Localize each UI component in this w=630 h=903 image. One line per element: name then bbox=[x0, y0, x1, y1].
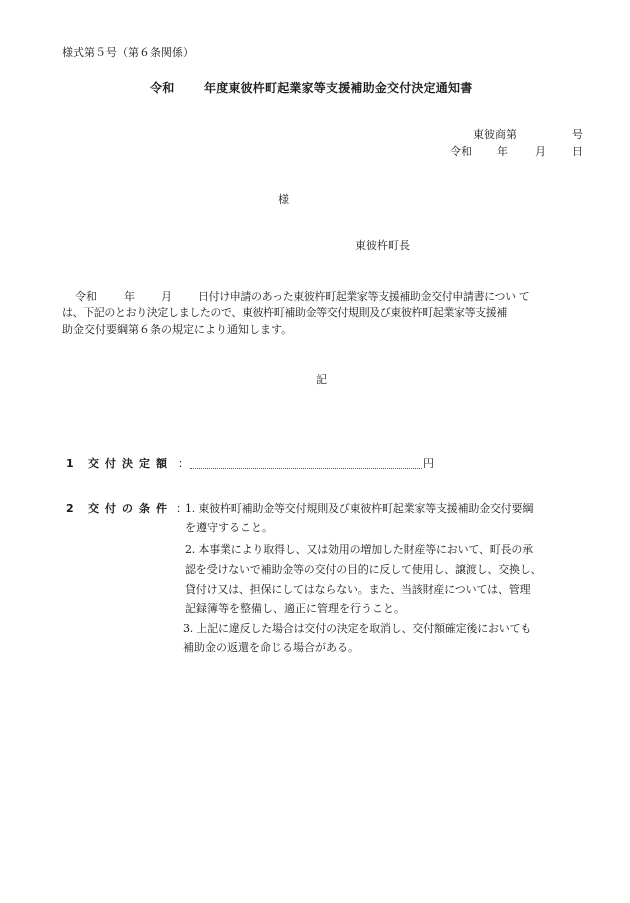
condition-line: 記録簿等を整備し、適正に管理を行うこと。 bbox=[185, 603, 405, 614]
item-1-colon: ： bbox=[178, 458, 189, 469]
reference-number-prefix: 東彼商第 bbox=[473, 129, 517, 140]
issuer: 東彼杵町長 bbox=[355, 240, 410, 251]
condition-line: 貸付け又は、担保にしてはならない。また、当該財産については、管理 bbox=[185, 584, 530, 595]
amount-field bbox=[190, 468, 422, 469]
date-month: 月 bbox=[535, 146, 546, 157]
form-label: 様式第５号（第６条関係） bbox=[62, 47, 194, 58]
item-2-number: 2 bbox=[66, 503, 74, 514]
item-1-label: 交付決定額 bbox=[88, 458, 173, 469]
condition-line: 認を受けないで補助金等の交付の目的に反して使用し、譲渡し、交換し、 bbox=[185, 564, 541, 575]
reference-number-suffix: 号 bbox=[572, 129, 583, 140]
date-day: 日 bbox=[572, 146, 583, 157]
condition-line: 補助金の返還を命じる場合がある。 bbox=[183, 642, 359, 653]
body-line-2: は、下記のとおり決定しましたので、東彼杵町補助金等交付規則及び東彼杵町起業家等支… bbox=[62, 307, 507, 318]
title-era: 令和 bbox=[150, 82, 174, 94]
item-2-label: 交付の条件 bbox=[88, 503, 173, 514]
item-1-unit: 円 bbox=[423, 458, 434, 469]
body-line-1: 日付け申請のあった東彼杵町起業家等支援補助金交付申請書につい て bbox=[198, 291, 529, 302]
body-year: 年 bbox=[124, 291, 135, 302]
body-era: 令和 bbox=[75, 291, 97, 302]
body-line-3: 助金交付要綱第６条の規定により通知します。 bbox=[62, 324, 292, 335]
condition-line: を遵守すること。 bbox=[185, 522, 273, 533]
date-year: 年 bbox=[497, 146, 508, 157]
condition-line: 3. 上記に違反した場合は交付の決定を取消し、交付額確定後においても bbox=[183, 623, 531, 634]
body-month: 月 bbox=[161, 291, 172, 302]
item-1-number: 1 bbox=[66, 458, 74, 469]
ki-heading: 記 bbox=[316, 374, 327, 385]
page-title: 年度東彼杵町起業家等支援補助金交付決定通知書 bbox=[204, 82, 472, 94]
date-era: 令和 bbox=[450, 146, 472, 157]
addressee-suffix: 様 bbox=[278, 194, 289, 205]
condition-line: 2. 本事業により取得し、又は効用の増加した財産等において、町長の承 bbox=[185, 544, 533, 555]
condition-line: 1. 東彼杵町補助金等交付規則及び東彼杵町起業家等支援補助金交付要綱 bbox=[185, 503, 533, 514]
